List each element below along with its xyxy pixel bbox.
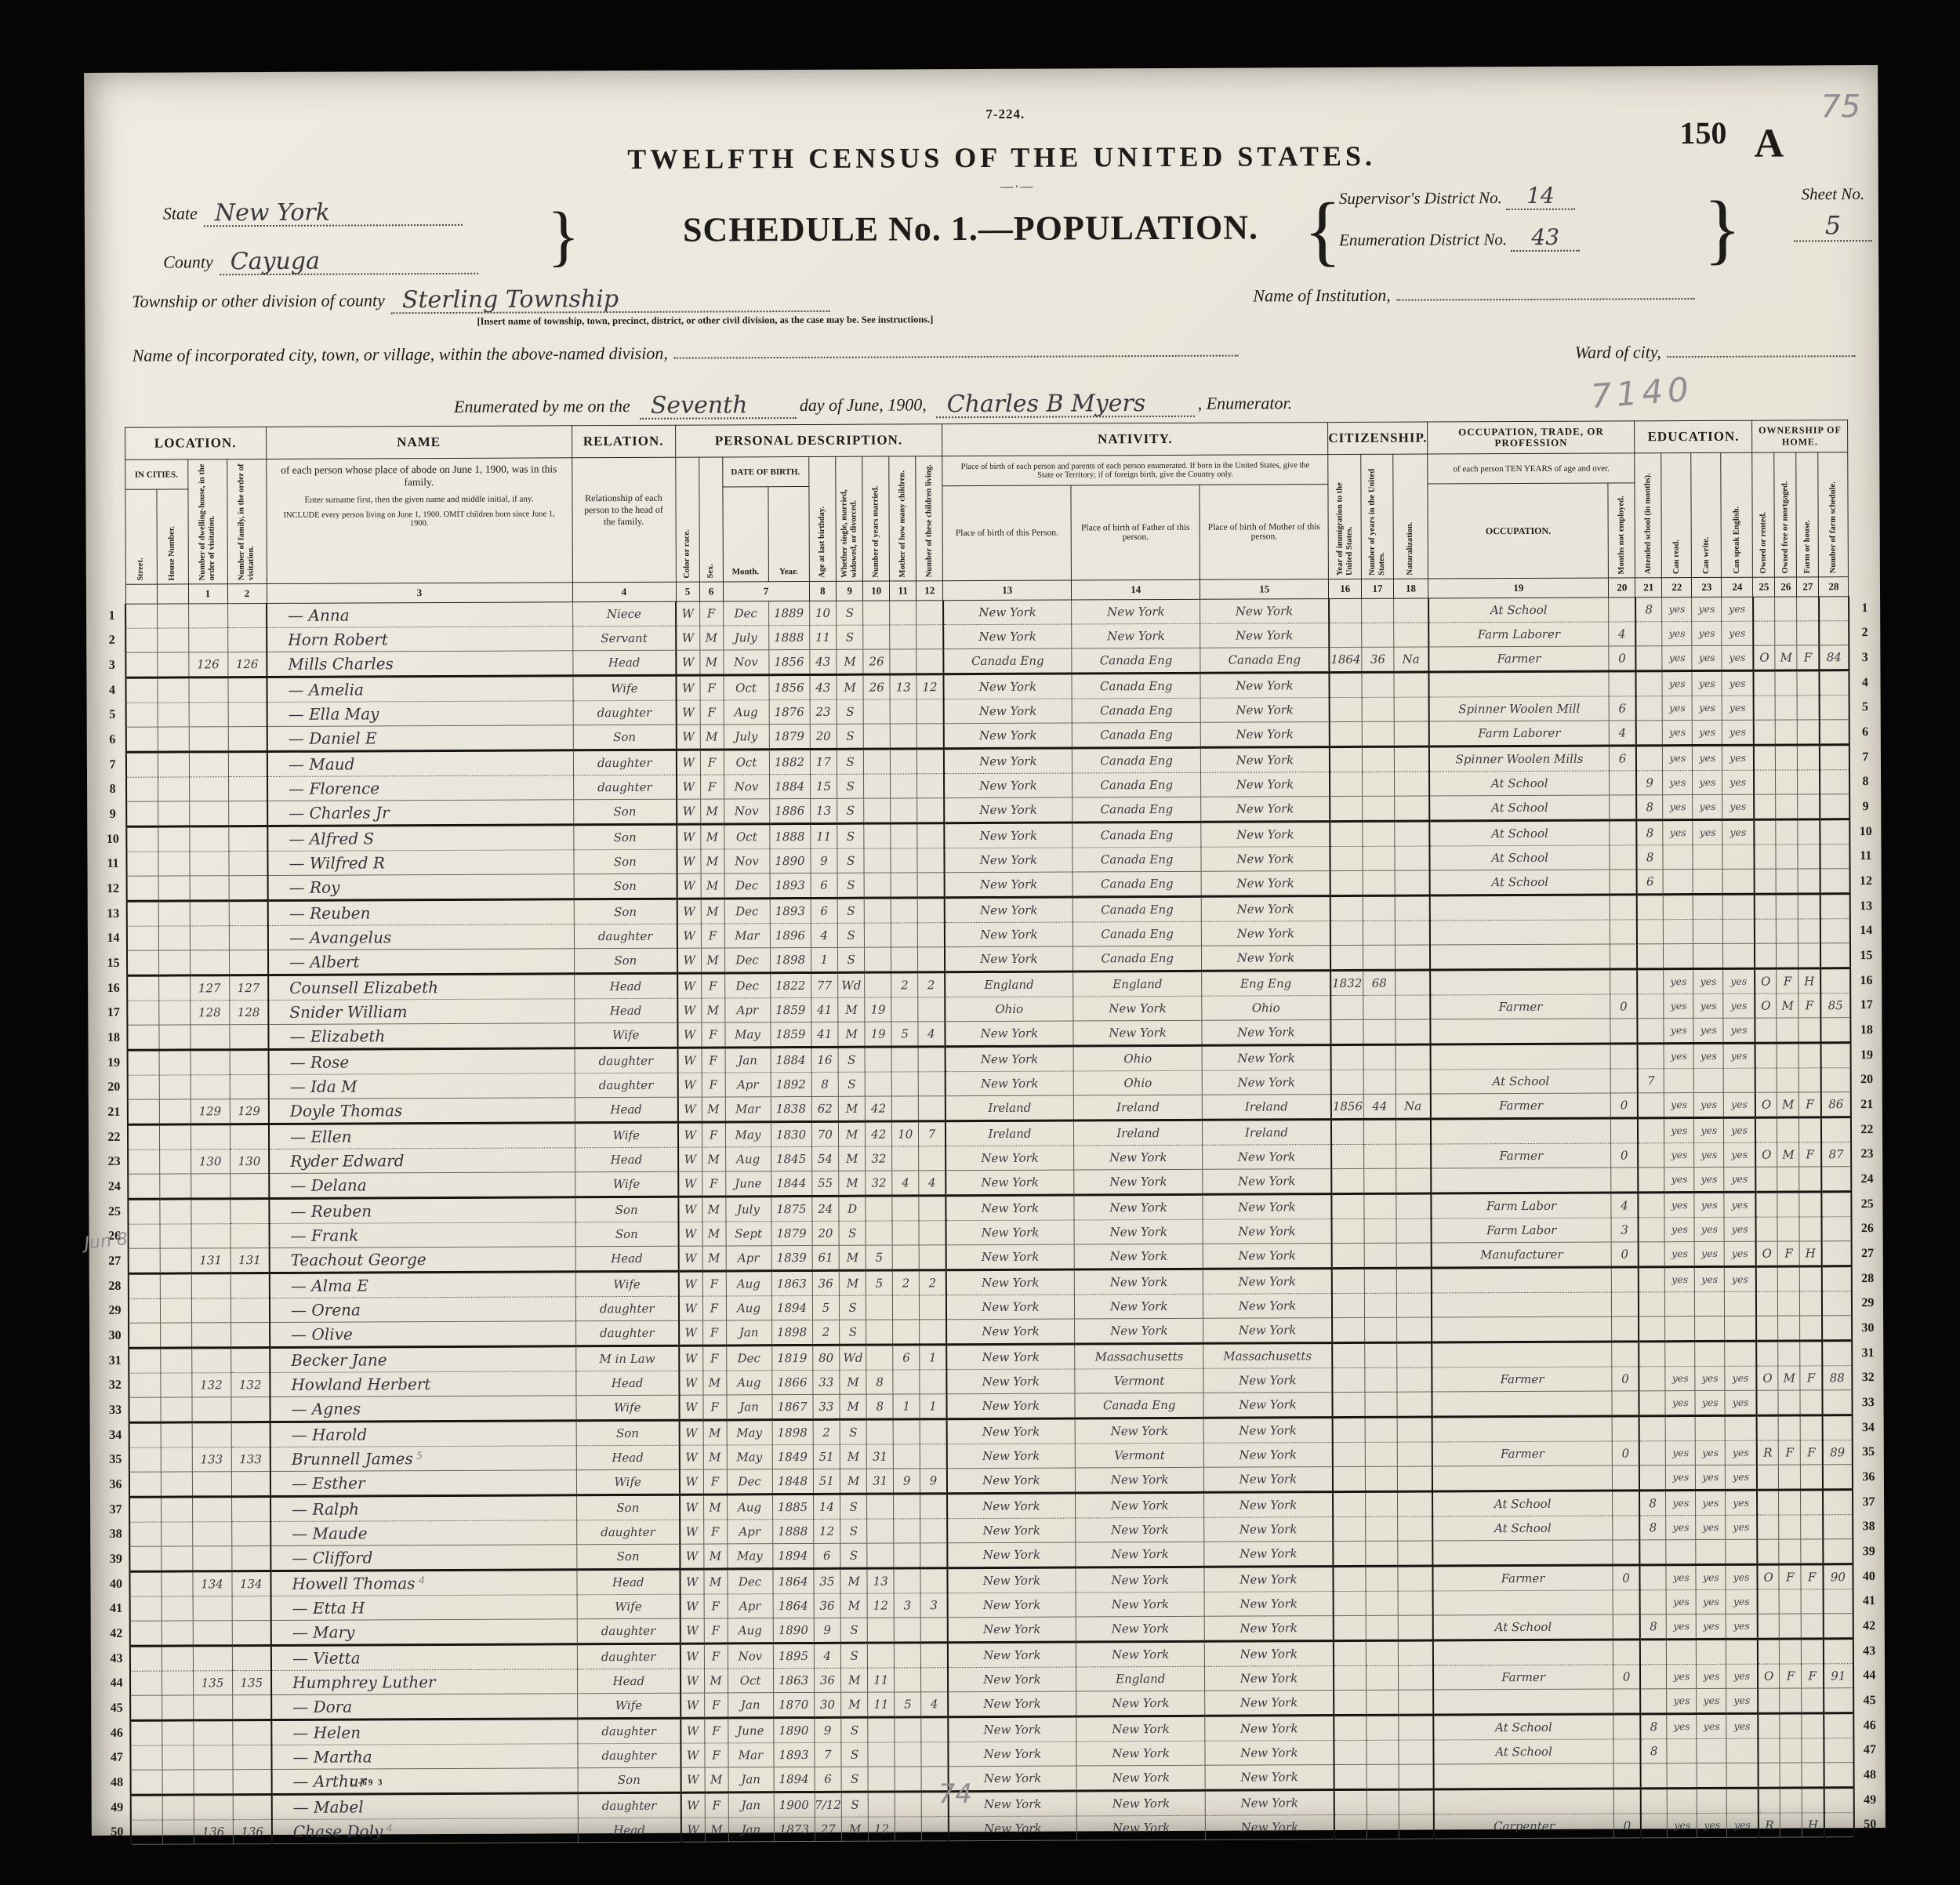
value-birth_month: Dec bbox=[735, 904, 758, 918]
value-name: — Frank bbox=[291, 1226, 359, 1244]
value-pob_mother: New York bbox=[1240, 1770, 1298, 1784]
value-pob_mother: New York bbox=[1239, 1373, 1297, 1387]
cell-months_not_employed bbox=[1613, 1689, 1640, 1714]
col-can-read: Can read. bbox=[1661, 453, 1692, 578]
cell-color: W bbox=[679, 1271, 702, 1296]
value-relation: daughter bbox=[597, 779, 652, 794]
value-marital: S bbox=[849, 1324, 857, 1338]
cell-children_living bbox=[920, 1543, 947, 1568]
state-county-brace: } bbox=[547, 196, 580, 274]
cell-years_us bbox=[1363, 921, 1396, 945]
row-number: 38 bbox=[1853, 1515, 1884, 1539]
cell-can_english bbox=[1725, 1291, 1756, 1316]
cell-relation: Servant bbox=[572, 626, 676, 651]
value-color: W bbox=[685, 1450, 698, 1464]
value-can_read: yes bbox=[1671, 1149, 1688, 1160]
cell-relation: daughter bbox=[575, 1320, 679, 1346]
cell-farm_schedule bbox=[1823, 1515, 1853, 1539]
cell-farm_schedule bbox=[1822, 1415, 1852, 1440]
cell-name: — Alfred S bbox=[267, 825, 573, 852]
cell-mother_of: 5 bbox=[895, 1692, 921, 1717]
value-marital: S bbox=[846, 728, 854, 743]
value-dwelling: 126 bbox=[197, 657, 220, 671]
value-can_read: yes bbox=[1669, 726, 1686, 738]
cell-can_read bbox=[1667, 1640, 1697, 1665]
cell-can_read bbox=[1665, 1292, 1695, 1317]
cell-farm_schedule bbox=[1820, 745, 1849, 770]
value-farm_schedule: 90 bbox=[1831, 1570, 1846, 1584]
cell-pob_father: New York bbox=[1072, 623, 1200, 648]
value-name: — Ella May bbox=[289, 704, 379, 724]
value-pob_father: Canada Eng bbox=[1101, 950, 1174, 964]
cell-birth_year: 1886 bbox=[769, 798, 810, 823]
cell-name: — Albert bbox=[268, 949, 574, 975]
cell-pob_father: Canada Eng bbox=[1073, 797, 1201, 823]
value-name: — Reuben bbox=[289, 903, 371, 922]
cell-free_mortgaged bbox=[1780, 1813, 1802, 1837]
cell-marital: Wd bbox=[840, 1345, 866, 1370]
cell-pob_father: New York bbox=[1076, 1467, 1204, 1493]
census-table: LOCATION.NAMERELATION.PERSONAL DESCRIPTI… bbox=[98, 419, 1886, 1845]
cell-farm_schedule bbox=[1821, 1241, 1851, 1266]
value-name: — Etta H bbox=[292, 1598, 365, 1617]
value-farm_house: H bbox=[1808, 1818, 1818, 1832]
col-pob-mother: Place of birth of Mother of this person. bbox=[1200, 485, 1329, 580]
cell-sex: F bbox=[701, 973, 724, 998]
cell-children_living bbox=[920, 1494, 947, 1519]
value-name: — Mabel bbox=[293, 1797, 364, 1816]
cell-school_months bbox=[1637, 994, 1664, 1019]
cell-free_mortgaged bbox=[1780, 1639, 1802, 1664]
cell-farm_house bbox=[1802, 1688, 1824, 1713]
cell-relation: Niece bbox=[572, 601, 676, 627]
value-years_married: 32 bbox=[871, 1175, 886, 1189]
cell-pob_person: New York bbox=[945, 1046, 1073, 1072]
cell-free_mortgaged bbox=[1780, 1688, 1802, 1713]
row-number: 42 bbox=[103, 1621, 130, 1646]
cell-owned_rented bbox=[1757, 1465, 1779, 1490]
cell-cell bbox=[158, 901, 190, 926]
cell-age: 36 bbox=[814, 1593, 841, 1618]
value-sex: F bbox=[709, 1077, 717, 1091]
cell-children_living bbox=[918, 997, 945, 1022]
cell-imm_year bbox=[1332, 1442, 1365, 1466]
value-can_english: yes bbox=[1729, 627, 1745, 639]
cell-months_not_employed bbox=[1610, 795, 1636, 820]
value-free_mortgaged: F bbox=[1784, 974, 1792, 988]
cell-school_months bbox=[1637, 969, 1664, 994]
value-age: 33 bbox=[818, 1399, 833, 1413]
cell-cell bbox=[158, 703, 189, 727]
value-age: 62 bbox=[818, 1101, 833, 1115]
value-name: — Maud bbox=[289, 755, 355, 774]
value-name: — Dora bbox=[292, 1698, 352, 1716]
cell-owned_rented bbox=[1756, 1390, 1778, 1415]
value-years_married: 12 bbox=[873, 1598, 888, 1612]
cell-pob_mother: New York bbox=[1201, 822, 1330, 848]
value-owned_rented: O bbox=[1762, 1246, 1772, 1260]
cell-free_mortgaged: F bbox=[1777, 1241, 1799, 1266]
cell-owned_rented bbox=[1753, 597, 1775, 621]
value-mother_of: 5 bbox=[904, 1697, 912, 1711]
cell-color: W bbox=[680, 1469, 703, 1495]
cell-color: W bbox=[681, 1743, 704, 1767]
cell-occupation: Spinner Woolen Mill bbox=[1428, 696, 1609, 721]
row-number: 16 bbox=[1850, 968, 1882, 993]
value-occupation: At School bbox=[1491, 775, 1548, 790]
cell-children_living bbox=[917, 873, 944, 898]
value-pob_father: Canada Eng bbox=[1101, 926, 1174, 940]
cell-birth_year: 1856 bbox=[768, 674, 809, 699]
value-can_write: yes bbox=[1700, 1050, 1717, 1062]
value-pob_mother: Ireland bbox=[1245, 1125, 1288, 1139]
value-can_write: yes bbox=[1704, 1694, 1720, 1706]
value-months_not_employed: 0 bbox=[1622, 1571, 1630, 1585]
cell-mother_of bbox=[890, 724, 916, 749]
cell-children_living: 2 bbox=[919, 1270, 946, 1295]
cell-farm_schedule bbox=[1820, 919, 1850, 943]
value-can_english: yes bbox=[1730, 776, 1746, 788]
sheet-stamp-letter: A bbox=[1754, 121, 1784, 167]
value-color: W bbox=[683, 830, 695, 844]
cell-occupation: Spinner Woolen Mills bbox=[1429, 746, 1610, 772]
cell-birth_year: 1822 bbox=[770, 972, 811, 997]
cell-marital: S bbox=[837, 848, 864, 873]
cell-dwelling bbox=[188, 628, 227, 652]
value-sex: F bbox=[709, 979, 717, 993]
cell-can_english: yes bbox=[1724, 1117, 1755, 1142]
value-months_not_employed: 0 bbox=[1622, 1446, 1630, 1460]
row-number: 10 bbox=[1849, 819, 1881, 844]
cell-imm_year bbox=[1333, 1591, 1366, 1615]
value-pob_father: New York bbox=[1112, 1796, 1171, 1810]
cell-free_mortgaged bbox=[1776, 844, 1798, 869]
cell-can_read bbox=[1668, 1789, 1697, 1814]
cell-family: 129 bbox=[230, 1099, 269, 1124]
col-birth-year: Year. bbox=[768, 486, 809, 581]
cell-pob_father: New York bbox=[1076, 1492, 1204, 1518]
value-can_read: yes bbox=[1674, 1720, 1690, 1732]
value-farm_schedule: 91 bbox=[1831, 1669, 1846, 1683]
cell-can_english: yes bbox=[1726, 1564, 1757, 1589]
value-marital: S bbox=[846, 630, 854, 644]
cell-can_write: yes bbox=[1693, 745, 1722, 770]
cell-mother_of bbox=[894, 1568, 920, 1593]
cell-farm_house bbox=[1802, 1738, 1824, 1763]
cell-can_write bbox=[1695, 1316, 1725, 1341]
value-occupation: At School bbox=[1494, 1520, 1552, 1535]
cell-pob_mother: New York bbox=[1203, 1244, 1331, 1269]
cell-imm_year bbox=[1333, 1466, 1366, 1491]
value-sex: F bbox=[707, 681, 716, 695]
cell-free_mortgaged bbox=[1779, 1515, 1801, 1539]
cell-cell bbox=[128, 1050, 159, 1075]
cell-pob_person: New York bbox=[947, 1593, 1076, 1618]
cell-occupation bbox=[1432, 1590, 1613, 1615]
cell-years_married bbox=[865, 947, 891, 972]
row-number: 39 bbox=[1853, 1539, 1884, 1564]
value-pob_mother: New York bbox=[1239, 1423, 1297, 1437]
cell-dwelling bbox=[189, 777, 228, 801]
value-birth_year: 1894 bbox=[778, 1548, 808, 1562]
cell-can_write: yes bbox=[1697, 1688, 1726, 1713]
cell-can_read: yes bbox=[1664, 1143, 1694, 1168]
cell-birth_year: 1873 bbox=[774, 1817, 815, 1841]
column-number-4: 4 bbox=[572, 582, 676, 602]
cell-family bbox=[228, 801, 267, 826]
cell-age: 14 bbox=[813, 1494, 840, 1519]
cell-years_married: 8 bbox=[866, 1370, 893, 1394]
cell-cell bbox=[162, 1795, 194, 1820]
cell-can_read: yes bbox=[1662, 671, 1692, 696]
column-number-15: 15 bbox=[1200, 579, 1329, 600]
cell-pob_person: New York bbox=[946, 1369, 1075, 1394]
cell-sex: F bbox=[704, 1743, 728, 1767]
value-color: W bbox=[683, 878, 695, 892]
cell-pob_father: Canada Eng bbox=[1072, 648, 1200, 674]
value-pob_person: New York bbox=[982, 1275, 1040, 1289]
cell-years_us: 68 bbox=[1363, 970, 1396, 995]
cell-can_read bbox=[1664, 895, 1693, 920]
value-sex: M bbox=[706, 854, 718, 868]
cell-farm_house: F bbox=[1802, 1664, 1824, 1688]
cell-owned_rented bbox=[1755, 1018, 1777, 1043]
value-relation: Head bbox=[612, 1375, 644, 1389]
cell-color: W bbox=[681, 1643, 704, 1669]
value-age: 43 bbox=[815, 680, 830, 694]
cell-naturalization bbox=[1397, 1442, 1432, 1466]
cell-cell bbox=[157, 604, 188, 628]
value-pob_father: England bbox=[1112, 977, 1162, 991]
value-children_living: 3 bbox=[930, 1598, 938, 1612]
value-marital: M bbox=[845, 1026, 857, 1041]
cell-years_us bbox=[1363, 746, 1395, 772]
cell-color: W bbox=[680, 1544, 703, 1569]
cell-pob_father: New York bbox=[1076, 1616, 1204, 1642]
cell-color: W bbox=[676, 601, 699, 626]
cell-school_months: 8 bbox=[1636, 845, 1663, 870]
cell-name: — Roy bbox=[268, 874, 574, 901]
row-number: 29 bbox=[102, 1298, 129, 1323]
cell-can_write bbox=[1696, 1539, 1726, 1564]
col-sex: Sex. bbox=[699, 457, 723, 582]
cell-can_read bbox=[1663, 845, 1693, 870]
cell-years_married: 12 bbox=[869, 1817, 895, 1841]
value-pob_person: New York bbox=[979, 728, 1037, 742]
cell-mother_of bbox=[891, 798, 917, 823]
value-marital: S bbox=[851, 1747, 858, 1761]
state-label: State bbox=[163, 203, 198, 223]
cell-relation: Wife bbox=[575, 1122, 678, 1148]
cell-farm_schedule bbox=[1823, 1589, 1853, 1614]
cell-family bbox=[229, 900, 268, 925]
cell-naturalization bbox=[1398, 1665, 1433, 1690]
pencil-row-annotation: 4 bbox=[383, 1823, 392, 1835]
cell-family bbox=[232, 1745, 271, 1769]
cell-birth_year: 1894 bbox=[772, 1543, 813, 1568]
cell-pob_person: New York bbox=[944, 797, 1073, 823]
cell-relation: Head bbox=[577, 1669, 681, 1694]
cell-family bbox=[228, 726, 267, 751]
cell-can_write: yes bbox=[1693, 720, 1722, 745]
cell-name: — Charles Jr bbox=[267, 800, 573, 826]
cell-birth_month: Nov bbox=[724, 849, 769, 873]
row-number: 49 bbox=[104, 1795, 131, 1820]
value-age: 51 bbox=[819, 1473, 834, 1487]
cell-imm_year: 1864 bbox=[1329, 647, 1362, 672]
cell-pob_father: England bbox=[1073, 971, 1202, 997]
cell-farm_schedule bbox=[1824, 1713, 1853, 1738]
cell-farm_schedule bbox=[1820, 968, 1850, 993]
cell-imm_year bbox=[1333, 1516, 1366, 1541]
value-birth_month: Jan bbox=[739, 1325, 759, 1339]
value-marital: M bbox=[846, 1101, 858, 1115]
col-naturalization: Naturalization. bbox=[1392, 454, 1428, 579]
cell-can_read: yes bbox=[1666, 1491, 1696, 1516]
cell-sex: F bbox=[704, 1643, 728, 1669]
value-relation: Head bbox=[611, 1251, 643, 1265]
cell-children_living bbox=[917, 749, 944, 774]
cell-years_married: 11 bbox=[868, 1668, 895, 1692]
col-dwelling-number: Number of dwelling-house, in the order o… bbox=[187, 459, 227, 584]
cell-birth_month: Dec bbox=[727, 1469, 772, 1495]
cell-school_months bbox=[1637, 944, 1664, 969]
cell-age: 9 bbox=[814, 1717, 841, 1742]
cell-birth_year: 1890 bbox=[773, 1717, 814, 1742]
row-number: 38 bbox=[103, 1522, 129, 1546]
value-birth_month: Dec bbox=[739, 1574, 761, 1589]
cell-owned_rented bbox=[1755, 894, 1777, 919]
value-name: Doyle Thomas bbox=[290, 1101, 402, 1120]
cell-cell bbox=[130, 1720, 162, 1745]
cell-cell bbox=[159, 1150, 191, 1174]
value-birth_year: 1844 bbox=[776, 1175, 806, 1189]
cell-farm_schedule bbox=[1823, 1465, 1853, 1490]
cell-owned_rented bbox=[1755, 1167, 1777, 1192]
value-birth_year: 1876 bbox=[775, 705, 804, 719]
row-number: 26 bbox=[1851, 1217, 1882, 1241]
cell-color: W bbox=[681, 1669, 704, 1693]
value-color: W bbox=[686, 1599, 699, 1613]
value-pob_person: New York bbox=[983, 1547, 1041, 1561]
cell-owned_rented bbox=[1758, 1614, 1780, 1639]
cell-cell bbox=[161, 1522, 192, 1546]
value-pob_father: Canada Eng bbox=[1100, 678, 1173, 692]
value-school_months: 8 bbox=[1650, 1744, 1658, 1758]
column-number-11: 11 bbox=[890, 581, 916, 601]
value-pob_father: New York bbox=[1110, 1274, 1168, 1288]
cell-school_months bbox=[1639, 1441, 1666, 1466]
value-can_write: yes bbox=[1699, 627, 1715, 639]
group-name: NAME bbox=[266, 426, 572, 459]
cell-pob_father: New York bbox=[1075, 1318, 1203, 1344]
value-age: 20 bbox=[818, 1226, 833, 1240]
value-years_married: 12 bbox=[874, 1821, 889, 1836]
cell-free_mortgaged bbox=[1775, 670, 1797, 696]
value-marital: M bbox=[844, 654, 855, 668]
cell-farm_house: F bbox=[1799, 1092, 1821, 1117]
value-sex: M bbox=[706, 953, 718, 967]
value-relation: Head bbox=[610, 1102, 642, 1116]
value-birth_year: 1867 bbox=[777, 1399, 807, 1413]
cell-age: 6 bbox=[815, 1767, 842, 1792]
township-instruction: [Insert name of township, town, precinct… bbox=[477, 314, 933, 328]
cell-birth_month: Aug bbox=[727, 1495, 772, 1520]
row-number: 20 bbox=[1851, 1068, 1882, 1092]
col-months-not-employed: Months not employed. bbox=[1608, 483, 1635, 578]
value-can_write: yes bbox=[1701, 1173, 1718, 1185]
value-years_us: 44 bbox=[1372, 1099, 1387, 1113]
row-number: 20 bbox=[101, 1075, 128, 1099]
value-age: 13 bbox=[816, 803, 831, 817]
cell-can_write: yes bbox=[1694, 1092, 1724, 1117]
value-birth_year: 1863 bbox=[779, 1673, 808, 1687]
cell-dwelling bbox=[190, 950, 229, 975]
cell-imm_year bbox=[1330, 846, 1363, 870]
cell-birth_year: 1864 bbox=[773, 1593, 814, 1618]
value-school_months: 9 bbox=[1646, 775, 1653, 790]
value-mother_of: 10 bbox=[898, 1127, 913, 1141]
value-relation: Wife bbox=[612, 1027, 639, 1041]
cell-imm_year: 1856 bbox=[1330, 1094, 1363, 1119]
value-pob_person: New York bbox=[984, 1796, 1042, 1811]
cell-pob_mother: New York bbox=[1201, 871, 1330, 897]
cell-can_english: yes bbox=[1722, 670, 1753, 696]
cell-color: W bbox=[678, 1048, 702, 1073]
cell-farm_house bbox=[1798, 943, 1820, 968]
cell-can_read bbox=[1665, 1416, 1695, 1441]
cell-occupation: At School bbox=[1429, 795, 1610, 821]
cell-months_not_employed: 0 bbox=[1613, 1565, 1639, 1590]
value-relation: Niece bbox=[607, 606, 641, 620]
value-months_not_employed: 0 bbox=[1623, 1669, 1631, 1683]
value-color: W bbox=[687, 1772, 699, 1786]
cell-free_mortgaged bbox=[1777, 1068, 1799, 1092]
value-dwelling: 133 bbox=[200, 1452, 223, 1466]
cell-free_mortgaged: M bbox=[1775, 645, 1797, 670]
value-pob_father: New York bbox=[1109, 1001, 1167, 1015]
cell-can_write: yes bbox=[1697, 1614, 1726, 1639]
value-years_married: 8 bbox=[876, 1399, 884, 1413]
cell-pob_father: Canada Eng bbox=[1073, 847, 1201, 872]
cell-marital: S bbox=[841, 1792, 868, 1817]
cell-naturalization bbox=[1395, 821, 1430, 846]
cell-pob_mother: Massachusetts bbox=[1203, 1343, 1332, 1369]
row-number: 8 bbox=[100, 777, 126, 801]
value-can_write: yes bbox=[1700, 1099, 1717, 1110]
cell-owned_rented bbox=[1756, 1266, 1778, 1291]
cell-owned_rented bbox=[1756, 1415, 1778, 1440]
cell-mother_of bbox=[893, 1320, 920, 1345]
value-marital: M bbox=[847, 1250, 858, 1264]
value-name: — Agnes bbox=[291, 1399, 361, 1418]
value-free_mortgaged: F bbox=[1786, 1570, 1795, 1584]
cell-farm_schedule bbox=[1824, 1639, 1853, 1664]
cell-occupation: Farmer bbox=[1431, 1143, 1611, 1168]
cell-months_not_employed bbox=[1611, 1118, 1638, 1143]
value-pob_father: New York bbox=[1112, 1721, 1170, 1735]
cell-free_mortgaged bbox=[1777, 894, 1798, 919]
value-birth_month: Apr bbox=[738, 1251, 760, 1265]
cell-children_living bbox=[918, 1047, 945, 1072]
value-age: 36 bbox=[818, 1276, 833, 1290]
cell-free_mortgaged bbox=[1776, 745, 1798, 770]
cell-years_us bbox=[1363, 995, 1396, 1019]
value-relation: Wife bbox=[615, 1698, 642, 1712]
ward-label: Ward of city, bbox=[1575, 342, 1661, 361]
cell-can_write bbox=[1693, 844, 1722, 869]
value-owned_rented: R bbox=[1765, 1818, 1773, 1832]
